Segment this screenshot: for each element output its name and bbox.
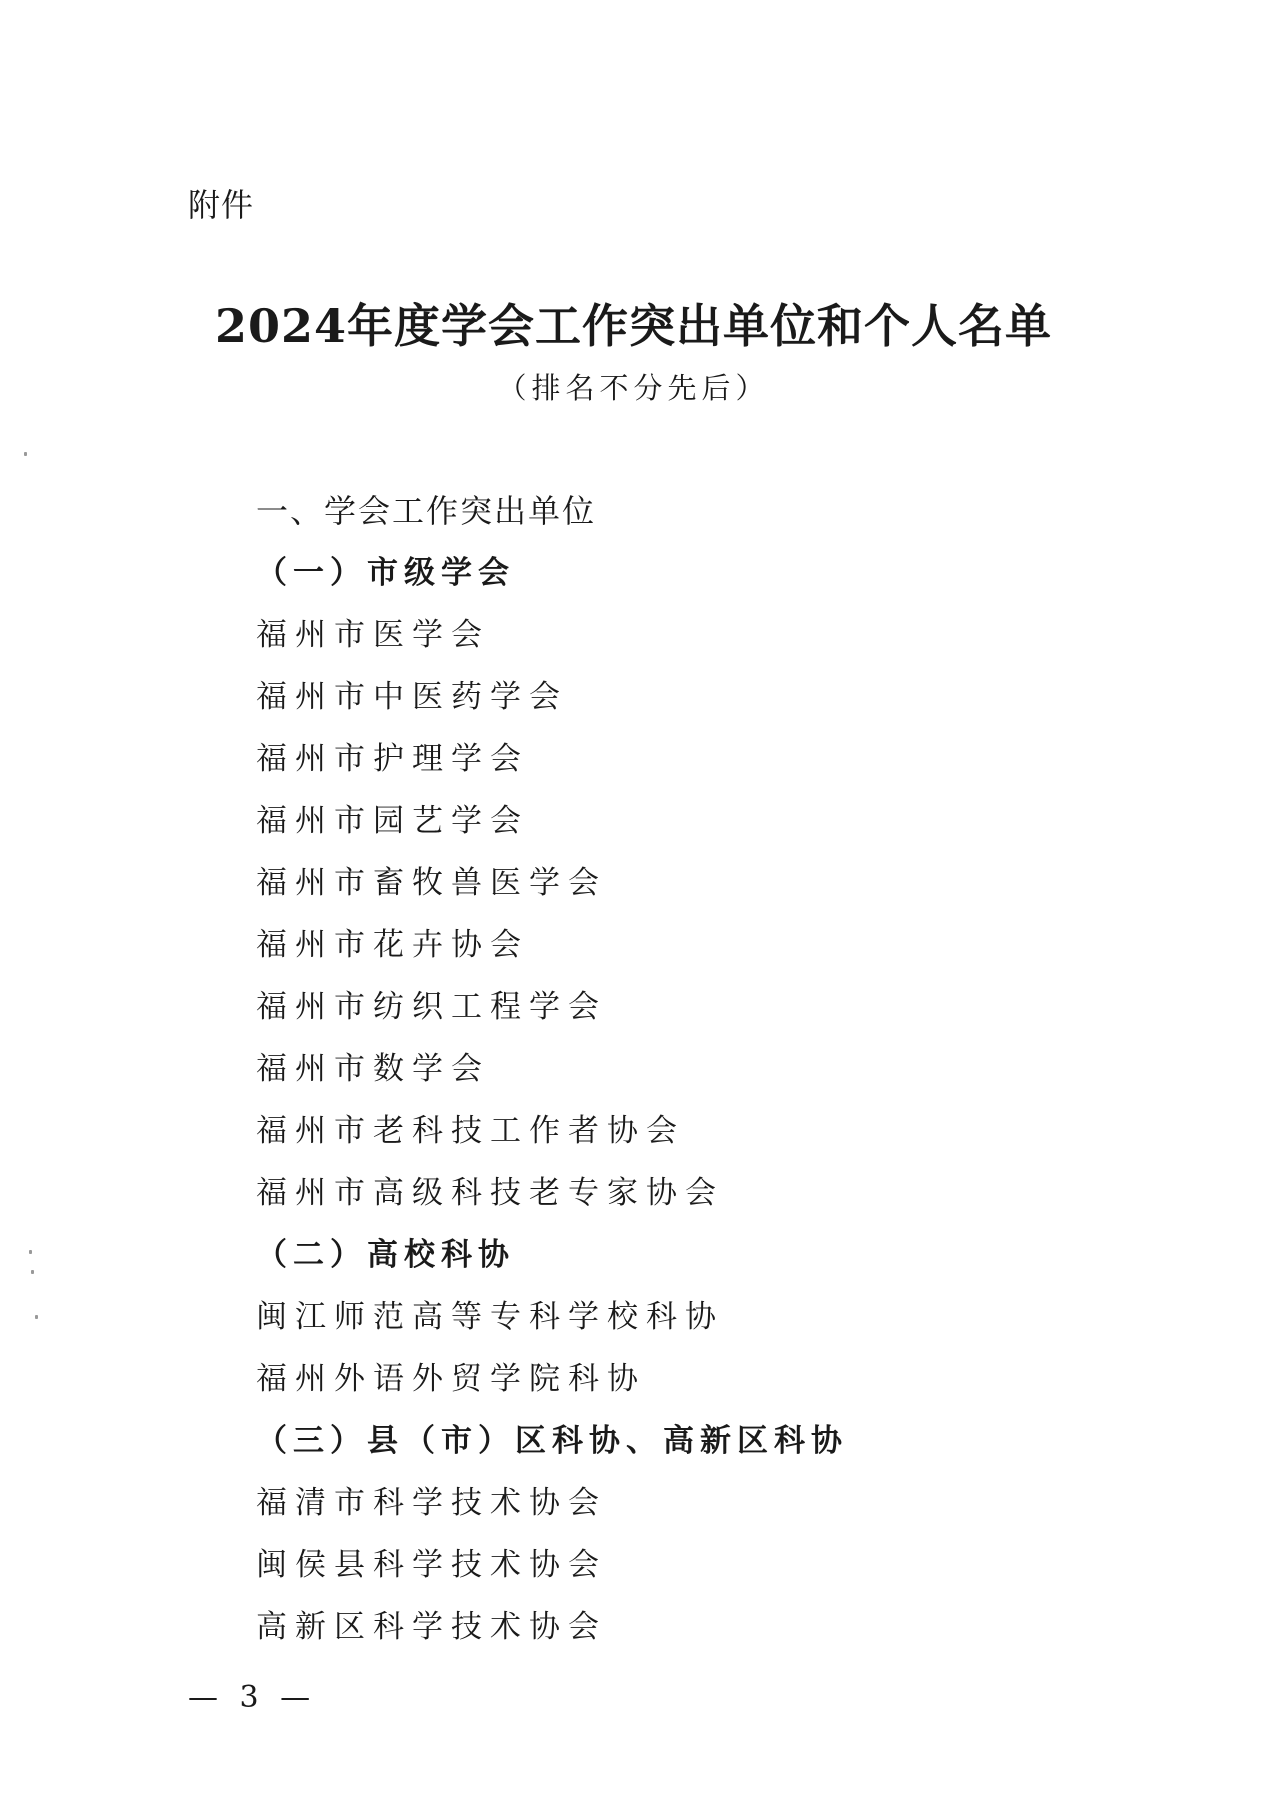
list-item: 福州市中医药学会 (256, 674, 848, 736)
list-item: 高新区科学技术协会 (256, 1604, 848, 1666)
scan-artifact (24, 452, 27, 456)
group-heading-city-societies: （一）市级学会 (256, 550, 848, 612)
scan-artifact (35, 1315, 38, 1319)
list-item: 福州市园艺学会 (256, 798, 848, 860)
list-item: 福州市护理学会 (256, 736, 848, 798)
document-subtitle: （排名不分先后） (0, 366, 1267, 407)
document-body: 一、学会工作突出单位 （一）市级学会 福州市医学会 福州市中医药学会 福州市护理… (256, 488, 848, 1666)
list-item: 福州外语外贸学院科协 (256, 1356, 848, 1418)
page-number: — 3 — (188, 1680, 316, 1715)
group-heading-district-associations: （三）县（市）区科协、高新区科协 (256, 1418, 848, 1480)
list-item: 福州市数学会 (256, 1046, 848, 1108)
list-item: 福州市老科技工作者协会 (256, 1108, 848, 1170)
list-item: 福州市高级科技老专家协会 (256, 1170, 848, 1232)
list-item: 福州市纺织工程学会 (256, 984, 848, 1046)
scan-artifact (29, 1250, 32, 1254)
section-heading: 一、学会工作突出单位 (256, 488, 848, 550)
attachment-label: 附件 (188, 180, 254, 226)
group-heading-university-associations: （二）高校科协 (256, 1232, 848, 1294)
list-item: 闽江师范高等专科学校科协 (256, 1294, 848, 1356)
list-item: 福州市花卉协会 (256, 922, 848, 984)
list-item: 福清市科学技术协会 (256, 1480, 848, 1542)
document-title: 2024年度学会工作突出单位和个人名单 (0, 290, 1267, 356)
scan-artifact (31, 1270, 34, 1274)
list-item: 闽侯县科学技术协会 (256, 1542, 848, 1604)
list-item: 福州市医学会 (256, 612, 848, 674)
list-item: 福州市畜牧兽医学会 (256, 860, 848, 922)
